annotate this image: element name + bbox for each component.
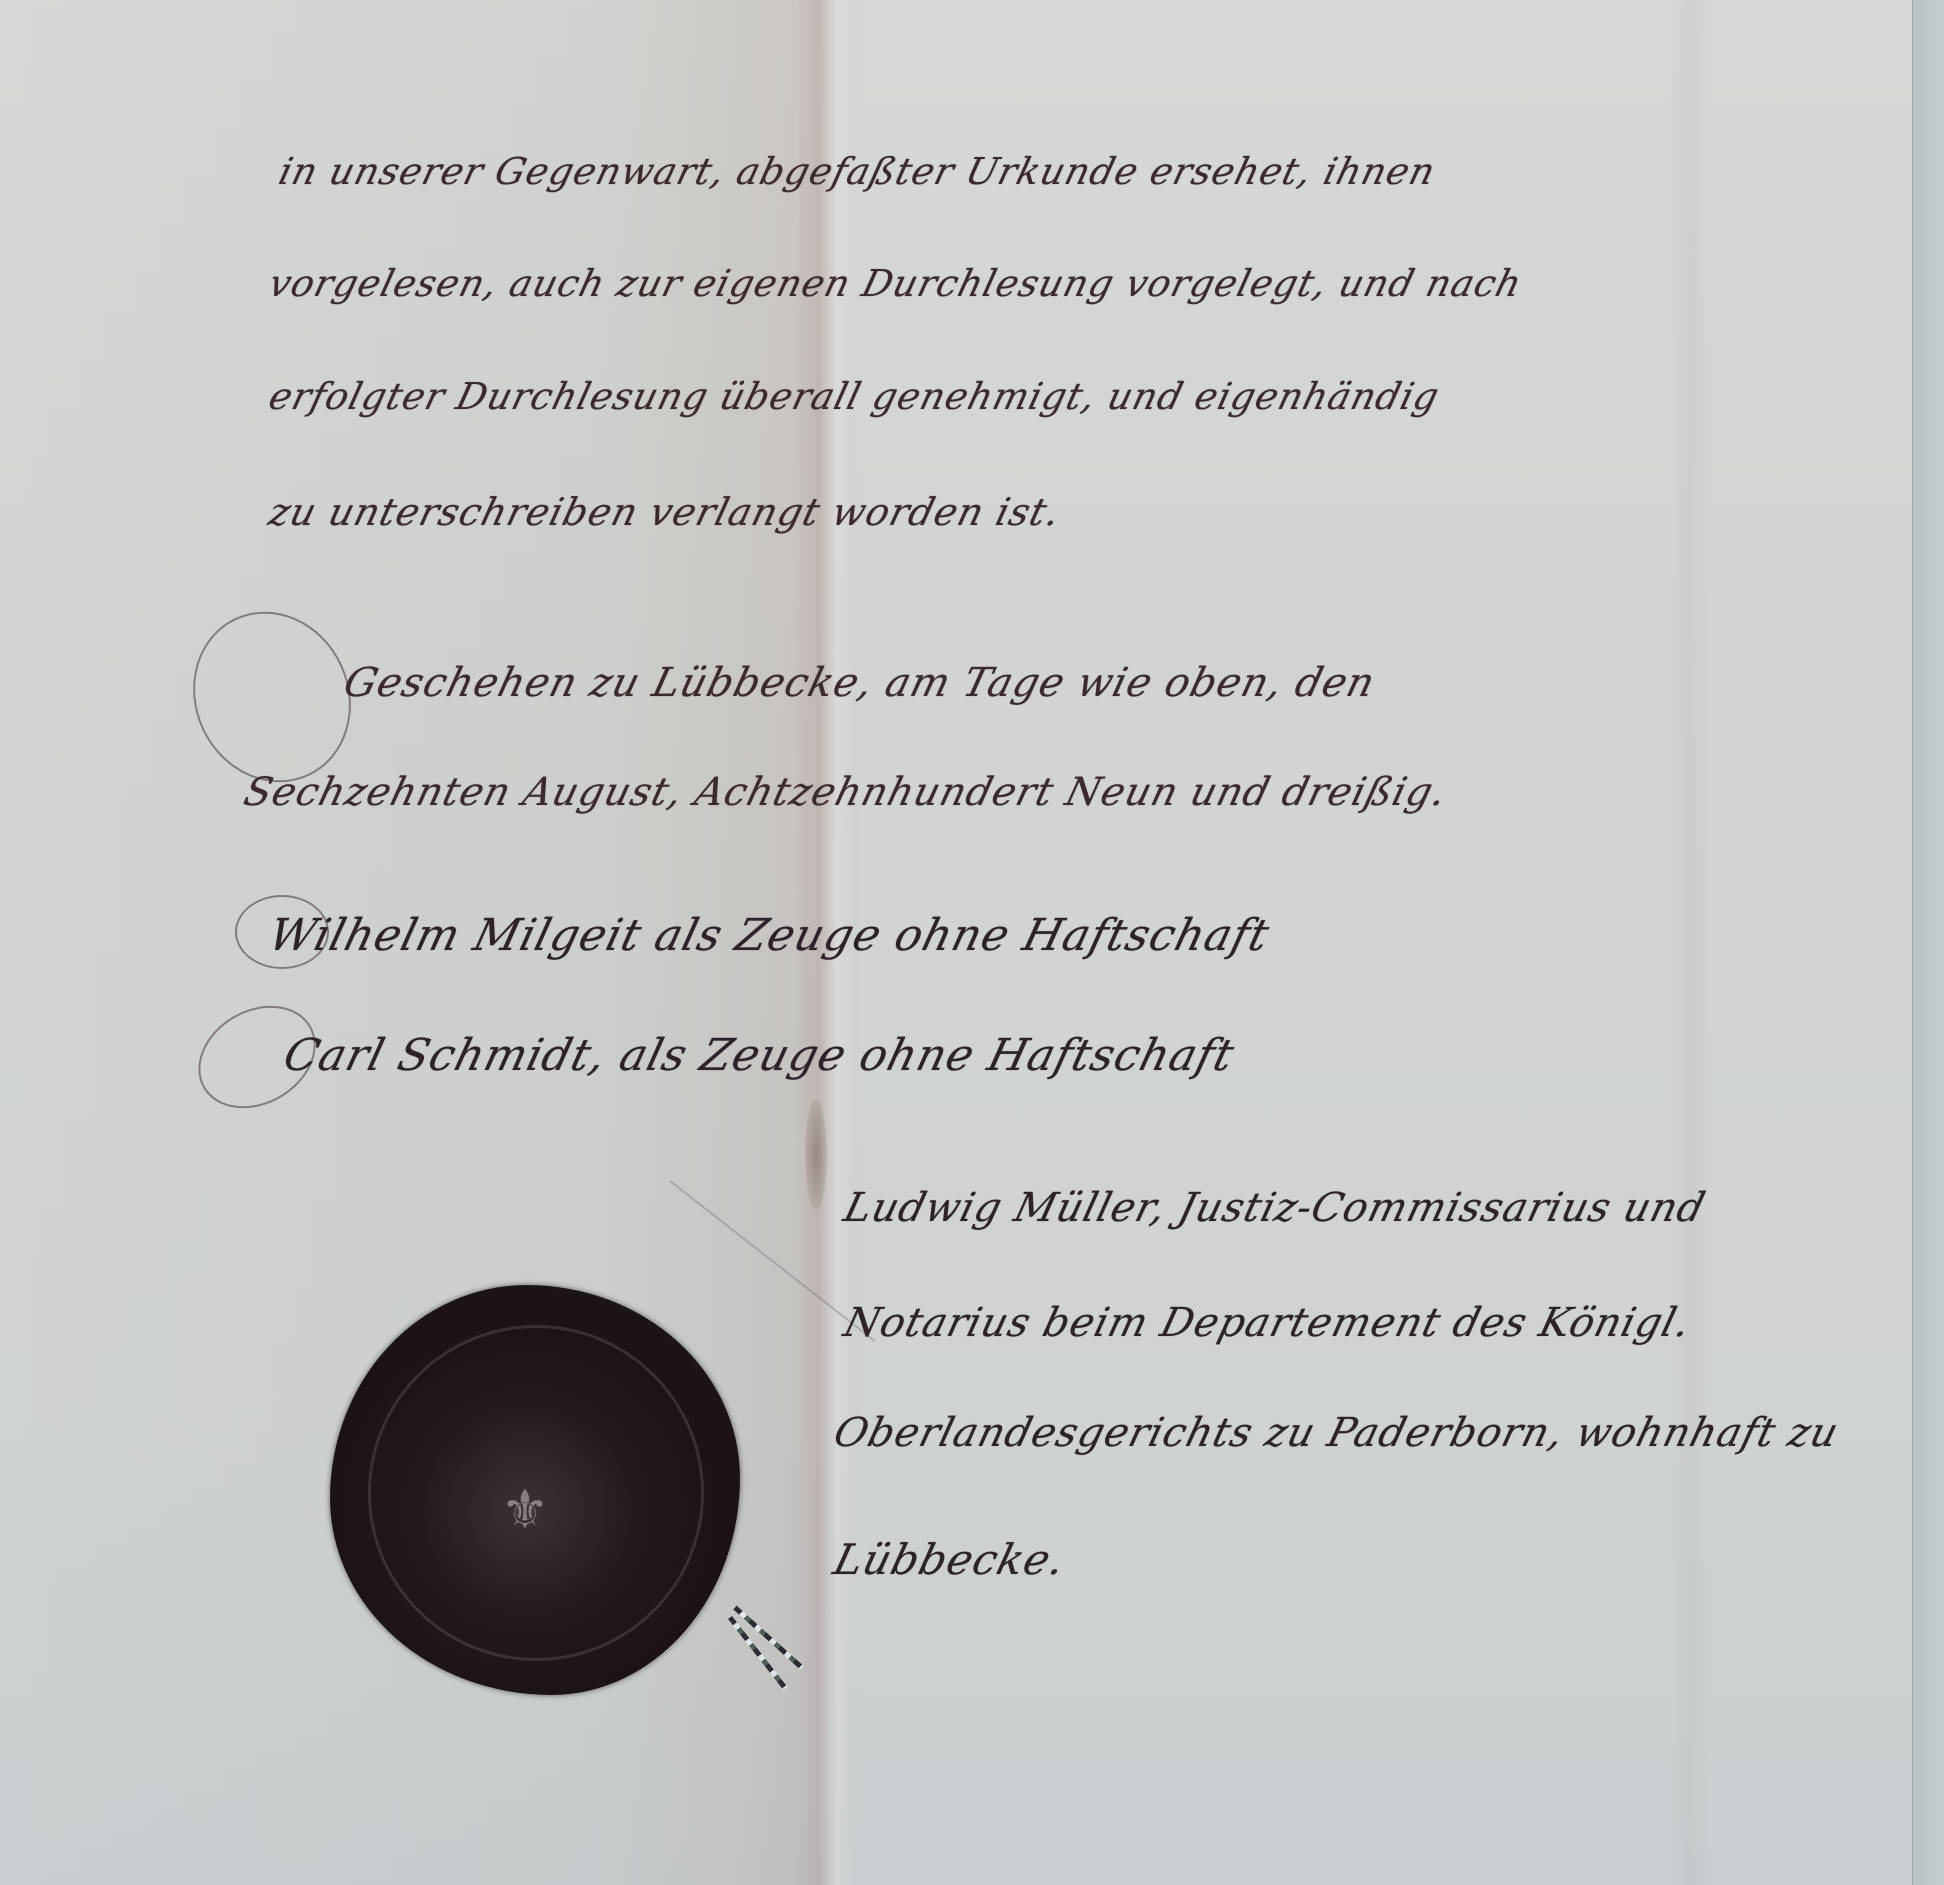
body-line-3: erfolgter Durchlesung überall genehmigt,… (265, 375, 1444, 418)
handwritten-text: in unserer Gegenwart, abgefaßter Urkunde… (0, 0, 1944, 1885)
body-line-1: in unserer Gegenwart, abgefaßter Urkunde… (275, 150, 1441, 193)
official-signature-line-1: Ludwig Müller, Justiz-Commissarius und (839, 1185, 1710, 1231)
witness-1-signature: Wilhelm Milgeit als Zeuge ohne Haftschaf… (264, 910, 1275, 961)
official-signature-line-4: Lübbecke. (829, 1535, 1071, 1584)
closing-line-2: Sechzehnten August, Achtzehnhundert Neun… (239, 770, 1451, 815)
document-photo: in unserer Gegenwart, abgefaßter Urkunde… (0, 0, 1944, 1885)
witness-2-signature: Carl Schmidt, als Zeuge ohne Haftschaft (279, 1030, 1240, 1081)
body-line-2: vorgelesen, auch zur eigenen Durchlesung… (265, 262, 1527, 305)
closing-line-1: Geschehen zu Lübbecke, am Tage wie oben,… (339, 660, 1380, 706)
official-signature-line-3: Oberlandesgerichts zu Paderborn, wohnhaf… (829, 1410, 1843, 1456)
body-line-4: zu unterschreiben verlangt worden ist. (265, 490, 1066, 534)
seal-emblem-icon: ⚜ (480, 1475, 570, 1545)
wax-seal: ⚜ (330, 1285, 740, 1695)
official-signature-line-2: Notarius beim Departement des Königl. (839, 1300, 1695, 1346)
